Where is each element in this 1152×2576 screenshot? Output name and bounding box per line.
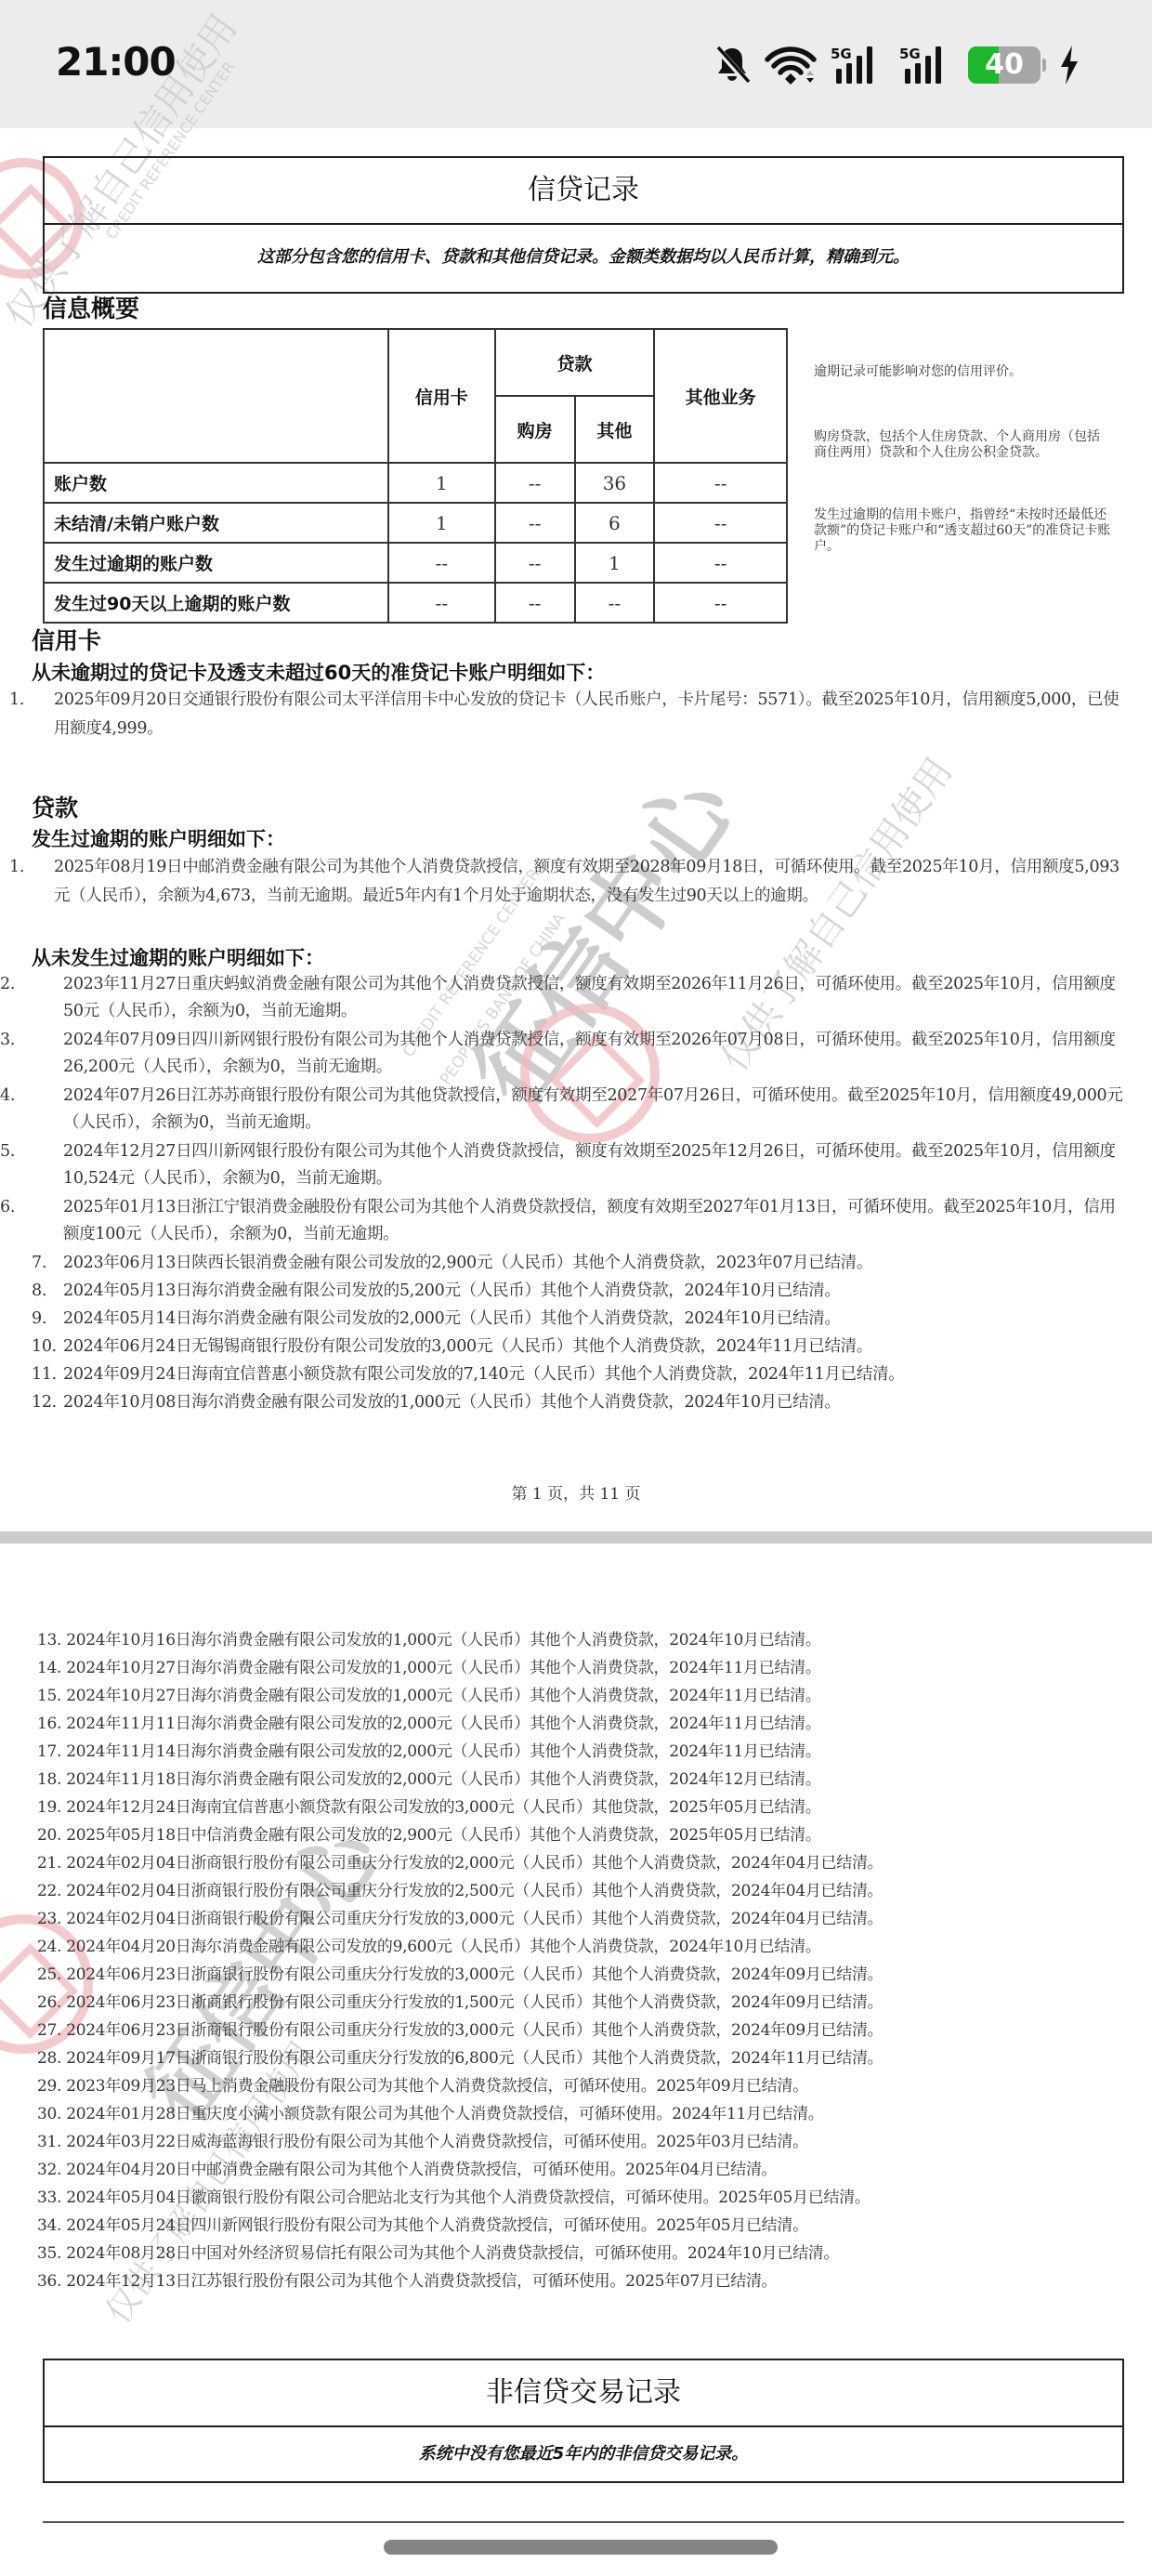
page-number: 第 1 页，共 11 页 — [0, 1480, 1152, 1504]
cell-credit-card: -- — [388, 543, 495, 583]
header-loan: 贷款 — [495, 329, 655, 396]
cell-other-business: -- — [654, 543, 787, 583]
header-empty — [44, 329, 388, 463]
side-note-overdue-card: 发生过逾期的信用卡账户，指曾经“未按时还最低还款额”的贷记卡账户和“透支超过60… — [814, 507, 1111, 555]
list-item: 1.2025年08月19日中邮消费金融有限公司为其他个人消费贷款授信，额度有效期… — [32, 853, 1128, 911]
credit-card-section-title: 信用卡 — [32, 623, 101, 656]
list-item: 3.2024年07月09日四川新网银行股份有限公司为其他个人消费贷款授信，额度有… — [32, 1027, 1128, 1081]
list-item: 16. 2024年11月11日海尔消费金融有限公司发放的2,000元（人民币）其… — [37, 1713, 1133, 1735]
list-item: 8.2024年05月13日海尔消费金融有限公司发放的5,200元（人民币）其他个… — [32, 1278, 1128, 1305]
list-item: 10.2024年06月24日无锡锡商银行股份有限公司发放的3,000元（人民币）… — [32, 1334, 1128, 1360]
header-credit-card: 信用卡 — [388, 329, 495, 463]
table-row: 未结清/未销户账户数 1 -- 6 -- — [44, 503, 787, 543]
non-credit-record-box: 非信贷交易记录 系统中没有您最近5年内的非信贷交易记录。 — [43, 2359, 1124, 2483]
status-bar: 21:00 5G — [0, 0, 1152, 128]
charging-bolt-icon — [1059, 45, 1080, 85]
cell-credit-card: 1 — [388, 503, 495, 543]
list-item: 36. 2024年12月13日江苏银行股份有限公司为其他个人消费贷款授信，可循环… — [37, 2270, 1133, 2293]
row-label: 发生过90天以上逾期的账户数 — [44, 583, 388, 623]
list-item: 31. 2024年03月22日威海蓝海银行股份有限公司为其他个人消费贷款授信，可… — [37, 2131, 1133, 2153]
list-item: 5.2024年12月27日四川新网银行股份有限公司为其他个人消费贷款授信，额度有… — [32, 1138, 1128, 1192]
cell-housing: -- — [495, 463, 575, 503]
5g-signal-icon: 5G — [831, 45, 886, 85]
non-credit-record-title: 非信贷交易记录 — [45, 2360, 1122, 2427]
wifi-icon — [764, 45, 818, 85]
table-header-row: 信用卡 贷款 其他业务 — [44, 329, 787, 396]
list-item: 28. 2024年09月17日浙商银行股份有限公司重庆分行发放的6,800元（人… — [37, 2047, 1133, 2070]
5g-signal-icon: 5G — [899, 45, 955, 85]
list-item: 12.2024年10月08日海尔消费金融有限公司发放的1,000元（人民币）其他… — [32, 1389, 1128, 1416]
list-item: 14. 2024年10月27日海尔消费金融有限公司发放的1,000元（人民币）其… — [37, 1657, 1133, 1679]
non-credit-record-note: 系统中没有您最近5年内的非信贷交易记录。 — [45, 2427, 1122, 2481]
table-row: 发生过逾期的账户数 -- -- 1 -- — [44, 543, 787, 583]
side-note-housing-loan: 购房贷款，包括个人住房贷款、个人商用房（包括商住两用）贷款和个人住房公积金贷款。 — [814, 429, 1111, 461]
cell-other-business: -- — [654, 503, 787, 543]
battery-level: 40 — [968, 46, 1041, 84]
page-divider — [0, 1531, 1152, 1544]
cell-credit-card: 1 — [388, 463, 495, 503]
cell-other: 36 — [575, 463, 655, 503]
bell-muted-icon — [713, 45, 751, 85]
list-item: 22. 2024年02月04日浙商银行股份有限公司重庆分行发放的2,500元（人… — [37, 1880, 1133, 1902]
list-item: 25. 2024年06月23日浙商银行股份有限公司重庆分行发放的3,000元（人… — [37, 1964, 1133, 1986]
credit-record-header-box: 信贷记录 这部分包含您的信用卡、贷款和其他信贷记录。金额类数据均以人民币计算，精… — [43, 156, 1124, 294]
cell-other: -- — [575, 583, 655, 623]
list-item: 34. 2024年05月24日四川新网银行股份有限公司为其他个人消费贷款授信，可… — [37, 2215, 1133, 2237]
list-item: 17. 2024年11月14日海尔消费金融有限公司发放的2,000元（人民币）其… — [37, 1741, 1133, 1763]
list-item: 30. 2024年01月28日重庆度小满小额贷款有限公司为其他个人消费贷款授信，… — [37, 2103, 1133, 2125]
list-item: 13. 2024年10月16日海尔消费金融有限公司发放的1,000元（人民币）其… — [37, 1629, 1133, 1651]
header-other-business: 其他业务 — [654, 329, 787, 463]
list-item: 4.2024年07月26日江苏苏商银行股份有限公司为其他贷款授信，额度有效期至2… — [32, 1083, 1128, 1137]
cell-credit-card: -- — [388, 583, 495, 623]
credit-card-subtitle: 从未逾期过的贷记卡及透支未超过60天的准贷记卡账户明细如下： — [32, 658, 605, 686]
cell-other-business: -- — [654, 583, 787, 623]
cell-other: 6 — [575, 503, 655, 543]
list-item: 15. 2024年10月27日海尔消费金融有限公司发放的1,000元（人民币）其… — [37, 1685, 1133, 1707]
loan-overdue-subtitle: 发生过逾期的账户明细如下： — [32, 824, 285, 852]
row-label: 未结清/未销户账户数 — [44, 503, 388, 543]
cell-housing: -- — [495, 503, 575, 543]
list-item: 18. 2024年11月18日海尔消费金融有限公司发放的2,000元（人民币）其… — [37, 1768, 1133, 1791]
overview-table: 信用卡 贷款 其他业务 购房 其他 账户数 1 -- 36 -- 未结清/未销户… — [43, 328, 788, 624]
list-item: 35. 2024年08月28日中国对外经济贸易信托有限公司为其他个人消费贷款授信… — [37, 2242, 1133, 2265]
list-item: 29. 2023年09月23日马上消费金融股份有限公司为其他个人消费贷款授信，可… — [37, 2075, 1133, 2097]
table-row: 账户数 1 -- 36 -- — [44, 463, 787, 503]
cell-other: 1 — [575, 543, 655, 583]
status-icons: 5G 5G 40 — [713, 41, 1080, 89]
row-label: 发生过逾期的账户数 — [44, 543, 388, 583]
list-item: 9.2024年05月14日海尔消费金融有限公司发放的2,000元（人民币）其他个… — [32, 1306, 1128, 1333]
header-loan-other: 其他 — [575, 396, 655, 463]
overview-title: 信息概要 — [43, 290, 139, 324]
cell-other-business: -- — [654, 463, 787, 503]
list-item: 27. 2024年06月23日浙商银行股份有限公司重庆分行发放的3,000元（人… — [37, 2019, 1133, 2042]
credit-record-note: 这部分包含您的信用卡、贷款和其他信贷记录。金额类数据均以人民币计算，精确到元。 — [45, 225, 1122, 292]
svg-text:5G: 5G — [899, 46, 921, 62]
list-item: 11.2024年09月24日海南宜信普惠小额贷款有限公司发放的7,140元（人民… — [32, 1361, 1128, 1388]
battery-icon: 40 — [968, 46, 1046, 84]
loan-section-title: 贷款 — [32, 790, 78, 823]
svg-text:5G: 5G — [831, 46, 852, 62]
row-label: 账户数 — [44, 463, 388, 503]
list-item: 23. 2024年02月04日浙商银行股份有限公司重庆分行发放的3,000元（人… — [37, 1908, 1133, 1930]
list-item: 26. 2024年06月23日浙商银行股份有限公司重庆分行发放的1,500元（人… — [37, 1991, 1133, 2014]
list-item: 33. 2024年05月04日徽商银行股份有限公司合肥站北支行为其他个人消费贷款… — [37, 2187, 1133, 2209]
divider — [43, 2521, 1124, 2523]
list-item: 24. 2024年04月20日海尔消费金融有限公司发放的9,600元（人民币）其… — [37, 1936, 1133, 1958]
list-item: 7.2023年06月13日陕西长银消费金融有限公司发放的2,900元（人民币）其… — [32, 1250, 1128, 1277]
credit-record-title: 信贷记录 — [45, 158, 1122, 225]
cell-housing: -- — [495, 583, 575, 623]
list-item: 1.2025年09月20日交通银行股份有限公司太平洋信用卡中心发放的贷记卡（人民… — [32, 686, 1128, 743]
side-note-overdue: 逾期记录可能影响对您的信用评价。 — [814, 364, 1111, 380]
list-item: 19. 2024年12月24日海南宜信普惠小额贷款有限公司发放的3,000元（人… — [37, 1796, 1133, 1819]
list-item: 32. 2024年04月20日中邮消费金融有限公司为其他个人消费贷款授信，可循环… — [37, 2159, 1133, 2181]
table-row: 发生过90天以上逾期的账户数 -- -- -- -- — [44, 583, 787, 623]
home-indicator[interactable] — [384, 2540, 778, 2555]
status-time: 21:00 — [56, 39, 176, 85]
list-item: 20. 2025年05月18日中信消费金融有限公司发放的2,900元（人民币）其… — [37, 1824, 1133, 1847]
loan-clean-subtitle: 从未发生过逾期的账户明细如下： — [32, 943, 324, 971]
header-loan-housing: 购房 — [495, 396, 575, 463]
cell-housing: -- — [495, 543, 575, 583]
list-item: 6.2025年01月13日浙江宁银消费金融股份有限公司为其他个人消费贷款授信，额… — [32, 1194, 1128, 1248]
list-item: 21. 2024年02月04日浙商银行股份有限公司重庆分行发放的2,000元（人… — [37, 1852, 1133, 1874]
list-item: 2.2023年11月27日重庆蚂蚁消费金融有限公司为其他个人消费贷款授信，额度有… — [32, 971, 1128, 1025]
